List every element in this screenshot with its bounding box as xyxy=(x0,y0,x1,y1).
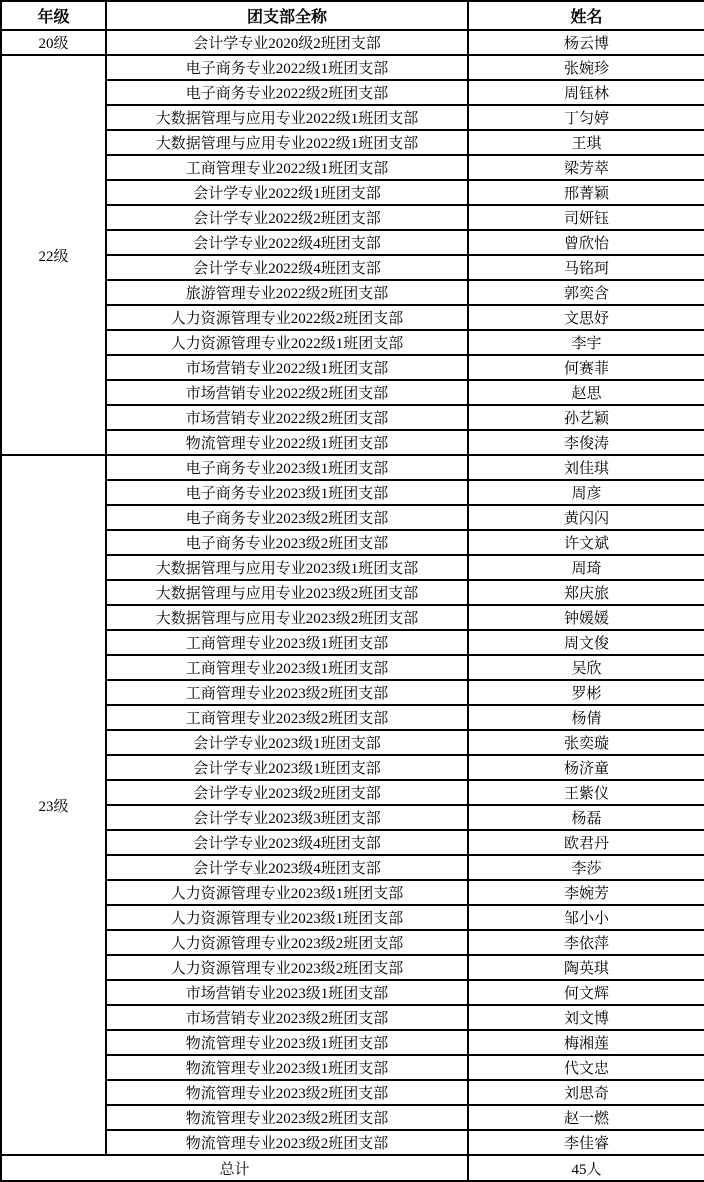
table-row: 会计学专业2023级1班团支部张奕璇 xyxy=(1,730,704,755)
name-cell: 何文辉 xyxy=(468,980,704,1005)
grade-cell: 22级 xyxy=(1,55,106,455)
branch-cell: 会计学专业2020级2班团支部 xyxy=(106,30,468,55)
table-row: 会计学专业2023级2班团支部王紫仪 xyxy=(1,780,704,805)
branch-cell: 大数据管理与应用专业2022级1班团支部 xyxy=(106,130,468,155)
name-cell: 杨磊 xyxy=(468,805,704,830)
table-row: 旅游管理专业2022级2班团支部郭奕含 xyxy=(1,280,704,305)
grade-cell: 20级 xyxy=(1,30,106,55)
branch-cell: 电子商务专业2023级2班团支部 xyxy=(106,505,468,530)
table-row: 会计学专业2023级4班团支部欧君丹 xyxy=(1,830,704,855)
name-cell: 郭奕含 xyxy=(468,280,704,305)
table-row: 大数据管理与应用专业2022级1班团支部丁匀婷 xyxy=(1,105,704,130)
name-cell: 何赛菲 xyxy=(468,355,704,380)
footer-total-value: 45人 xyxy=(468,1155,704,1181)
branch-cell: 市场营销专业2023级2班团支部 xyxy=(106,1005,468,1030)
table-row: 会计学专业2022级2班团支部司妍钰 xyxy=(1,205,704,230)
table-row: 工商管理专业2022级1班团支部梁芳萃 xyxy=(1,155,704,180)
table-row: 大数据管理与应用专业2023级2班团支部郑庆旅 xyxy=(1,580,704,605)
branch-cell: 工商管理专业2023级1班团支部 xyxy=(106,630,468,655)
table-row: 物流管理专业2023级2班团支部李佳睿 xyxy=(1,1130,704,1155)
branch-cell: 旅游管理专业2022级2班团支部 xyxy=(106,280,468,305)
name-cell: 陶英琪 xyxy=(468,955,704,980)
footer-total-label: 总计 xyxy=(1,1155,468,1181)
branch-cell: 会计学专业2023级1班团支部 xyxy=(106,730,468,755)
branch-cell: 物流管理专业2023级1班团支部 xyxy=(106,1055,468,1080)
name-cell: 丁匀婷 xyxy=(468,105,704,130)
name-cell: 曾欣怡 xyxy=(468,230,704,255)
col-header-branch: 团支部全称 xyxy=(106,1,468,30)
name-cell: 李宇 xyxy=(468,330,704,355)
branch-cell: 市场营销专业2022级2班团支部 xyxy=(106,405,468,430)
table-row: 大数据管理与应用专业2022级1班团支部王琪 xyxy=(1,130,704,155)
header-row: 年级 团支部全称 姓名 xyxy=(1,1,704,30)
branch-cell: 物流管理专业2023级1班团支部 xyxy=(106,1030,468,1055)
branch-cell: 会计学专业2022级4班团支部 xyxy=(106,255,468,280)
table-row: 人力资源管理专业2023级2班团支部李依萍 xyxy=(1,930,704,955)
table-row: 工商管理专业2023级1班团支部周文俊 xyxy=(1,630,704,655)
table-row: 大数据管理与应用专业2023级2班团支部钟媛媛 xyxy=(1,605,704,630)
name-cell: 周钰林 xyxy=(468,80,704,105)
branch-cell: 会计学专业2023级4班团支部 xyxy=(106,830,468,855)
name-cell: 杨济童 xyxy=(468,755,704,780)
name-cell: 黄闪闪 xyxy=(468,505,704,530)
name-cell: 代文忠 xyxy=(468,1055,704,1080)
branch-cell: 电子商务专业2022级1班团支部 xyxy=(106,55,468,80)
name-cell: 梅湘莲 xyxy=(468,1030,704,1055)
table-row: 市场营销专业2023级2班团支部刘文博 xyxy=(1,1005,704,1030)
name-cell: 李佳睿 xyxy=(468,1130,704,1155)
table-row: 20级会计学专业2020级2班团支部杨云博 xyxy=(1,30,704,55)
table-row: 22级电子商务专业2022级1班团支部张婉珍 xyxy=(1,55,704,80)
name-cell: 钟媛媛 xyxy=(468,605,704,630)
name-cell: 文思妤 xyxy=(468,305,704,330)
name-cell: 张奕璇 xyxy=(468,730,704,755)
table-row: 电子商务专业2022级2班团支部周钰林 xyxy=(1,80,704,105)
name-cell: 王紫仪 xyxy=(468,780,704,805)
table-row: 市场营销专业2022级2班团支部赵思 xyxy=(1,380,704,405)
table-row: 物流管理专业2023级1班团支部梅湘莲 xyxy=(1,1030,704,1055)
table-row: 人力资源管理专业2023级2班团支部陶英琪 xyxy=(1,955,704,980)
name-cell: 赵一燃 xyxy=(468,1105,704,1130)
branch-cell: 大数据管理与应用专业2022级1班团支部 xyxy=(106,105,468,130)
branch-cell: 工商管理专业2023级2班团支部 xyxy=(106,680,468,705)
table-row: 物流管理专业2022级1班团支部李俊涛 xyxy=(1,430,704,455)
name-cell: 邢菁颖 xyxy=(468,180,704,205)
branch-cell: 市场营销专业2023级1班团支部 xyxy=(106,980,468,1005)
name-cell: 刘佳琪 xyxy=(468,455,704,480)
table-row: 工商管理专业2023级1班团支部吴欣 xyxy=(1,655,704,680)
table-row: 会计学专业2022级4班团支部马铭珂 xyxy=(1,255,704,280)
table-row: 工商管理专业2023级2班团支部杨倩 xyxy=(1,705,704,730)
table-row: 物流管理专业2023级2班团支部赵一燃 xyxy=(1,1105,704,1130)
branch-cell: 人力资源管理专业2023级1班团支部 xyxy=(106,880,468,905)
name-cell: 刘思奇 xyxy=(468,1080,704,1105)
branch-cell: 电子商务专业2023级1班团支部 xyxy=(106,480,468,505)
table-row: 电子商务专业2023级1班团支部周彦 xyxy=(1,480,704,505)
name-cell: 周彦 xyxy=(468,480,704,505)
name-cell: 周文俊 xyxy=(468,630,704,655)
table-row: 人力资源管理专业2022级1班团支部李宇 xyxy=(1,330,704,355)
table-row: 会计学专业2023级3班团支部杨磊 xyxy=(1,805,704,830)
grade-cell: 23级 xyxy=(1,455,106,1155)
name-cell: 王琪 xyxy=(468,130,704,155)
name-cell: 马铭珂 xyxy=(468,255,704,280)
branch-cell: 会计学专业2023级3班团支部 xyxy=(106,805,468,830)
name-cell: 司妍钰 xyxy=(468,205,704,230)
name-cell: 邹小小 xyxy=(468,905,704,930)
branch-cell: 工商管理专业2023级1班团支部 xyxy=(106,655,468,680)
branch-cell: 人力资源管理专业2023级2班团支部 xyxy=(106,930,468,955)
branch-cell: 会计学专业2022级4班团支部 xyxy=(106,230,468,255)
branch-cell: 市场营销专业2022级1班团支部 xyxy=(106,355,468,380)
name-cell: 李依萍 xyxy=(468,930,704,955)
league-roster-table: 年级 团支部全称 姓名 20级会计学专业2020级2班团支部杨云博22级电子商务… xyxy=(0,0,704,1182)
footer-row: 总计 45人 xyxy=(1,1155,704,1181)
col-header-name: 姓名 xyxy=(468,1,704,30)
name-cell: 罗彬 xyxy=(468,680,704,705)
branch-cell: 电子商务专业2023级1班团支部 xyxy=(106,455,468,480)
name-cell: 赵思 xyxy=(468,380,704,405)
branch-cell: 物流管理专业2023级2班团支部 xyxy=(106,1080,468,1105)
branch-cell: 工商管理专业2022级1班团支部 xyxy=(106,155,468,180)
name-cell: 周琦 xyxy=(468,555,704,580)
table-row: 人力资源管理专业2022级2班团支部文思妤 xyxy=(1,305,704,330)
name-cell: 李俊涛 xyxy=(468,430,704,455)
branch-cell: 市场营销专业2022级2班团支部 xyxy=(106,380,468,405)
branch-cell: 电子商务专业2023级2班团支部 xyxy=(106,530,468,555)
branch-cell: 大数据管理与应用专业2023级1班团支部 xyxy=(106,555,468,580)
name-cell: 李莎 xyxy=(468,855,704,880)
table-row: 会计学专业2023级4班团支部李莎 xyxy=(1,855,704,880)
branch-cell: 物流管理专业2023级2班团支部 xyxy=(106,1105,468,1130)
branch-cell: 大数据管理与应用专业2023级2班团支部 xyxy=(106,580,468,605)
table-row: 市场营销专业2023级1班团支部何文辉 xyxy=(1,980,704,1005)
name-cell: 欧君丹 xyxy=(468,830,704,855)
name-cell: 郑庆旅 xyxy=(468,580,704,605)
branch-cell: 会计学专业2023级1班团支部 xyxy=(106,755,468,780)
table-row: 工商管理专业2023级2班团支部罗彬 xyxy=(1,680,704,705)
name-cell: 张婉珍 xyxy=(468,55,704,80)
table-row: 人力资源管理专业2023级1班团支部李婉芳 xyxy=(1,880,704,905)
name-cell: 杨云博 xyxy=(468,30,704,55)
table-row: 电子商务专业2023级2班团支部黄闪闪 xyxy=(1,505,704,530)
table-row: 市场营销专业2022级1班团支部何赛菲 xyxy=(1,355,704,380)
branch-cell: 电子商务专业2022级2班团支部 xyxy=(106,80,468,105)
table-row: 会计学专业2022级4班团支部曾欣怡 xyxy=(1,230,704,255)
col-header-grade: 年级 xyxy=(1,1,106,30)
table-row: 23级电子商务专业2023级1班团支部刘佳琪 xyxy=(1,455,704,480)
table-row: 物流管理专业2023级2班团支部刘思奇 xyxy=(1,1080,704,1105)
table-row: 电子商务专业2023级2班团支部许文斌 xyxy=(1,530,704,555)
table-row: 会计学专业2023级1班团支部杨济童 xyxy=(1,755,704,780)
name-cell: 杨倩 xyxy=(468,705,704,730)
name-cell: 孙艺颖 xyxy=(468,405,704,430)
branch-cell: 人力资源管理专业2022级2班团支部 xyxy=(106,305,468,330)
branch-cell: 人力资源管理专业2023级2班团支部 xyxy=(106,955,468,980)
name-cell: 梁芳萃 xyxy=(468,155,704,180)
name-cell: 李婉芳 xyxy=(468,880,704,905)
table-row: 物流管理专业2023级1班团支部代文忠 xyxy=(1,1055,704,1080)
branch-cell: 工商管理专业2023级2班团支部 xyxy=(106,705,468,730)
table-row: 人力资源管理专业2023级1班团支部邹小小 xyxy=(1,905,704,930)
name-cell: 刘文博 xyxy=(468,1005,704,1030)
branch-cell: 人力资源管理专业2022级1班团支部 xyxy=(106,330,468,355)
branch-cell: 物流管理专业2022级1班团支部 xyxy=(106,430,468,455)
name-cell: 许文斌 xyxy=(468,530,704,555)
table-row: 会计学专业2022级1班团支部邢菁颖 xyxy=(1,180,704,205)
branch-cell: 物流管理专业2023级2班团支部 xyxy=(106,1130,468,1155)
branch-cell: 会计学专业2022级1班团支部 xyxy=(106,180,468,205)
table-row: 市场营销专业2022级2班团支部孙艺颖 xyxy=(1,405,704,430)
branch-cell: 大数据管理与应用专业2023级2班团支部 xyxy=(106,605,468,630)
branch-cell: 会计学专业2022级2班团支部 xyxy=(106,205,468,230)
branch-cell: 会计学专业2023级2班团支部 xyxy=(106,780,468,805)
branch-cell: 会计学专业2023级4班团支部 xyxy=(106,855,468,880)
table-row: 大数据管理与应用专业2023级1班团支部周琦 xyxy=(1,555,704,580)
name-cell: 吴欣 xyxy=(468,655,704,680)
branch-cell: 人力资源管理专业2023级1班团支部 xyxy=(106,905,468,930)
